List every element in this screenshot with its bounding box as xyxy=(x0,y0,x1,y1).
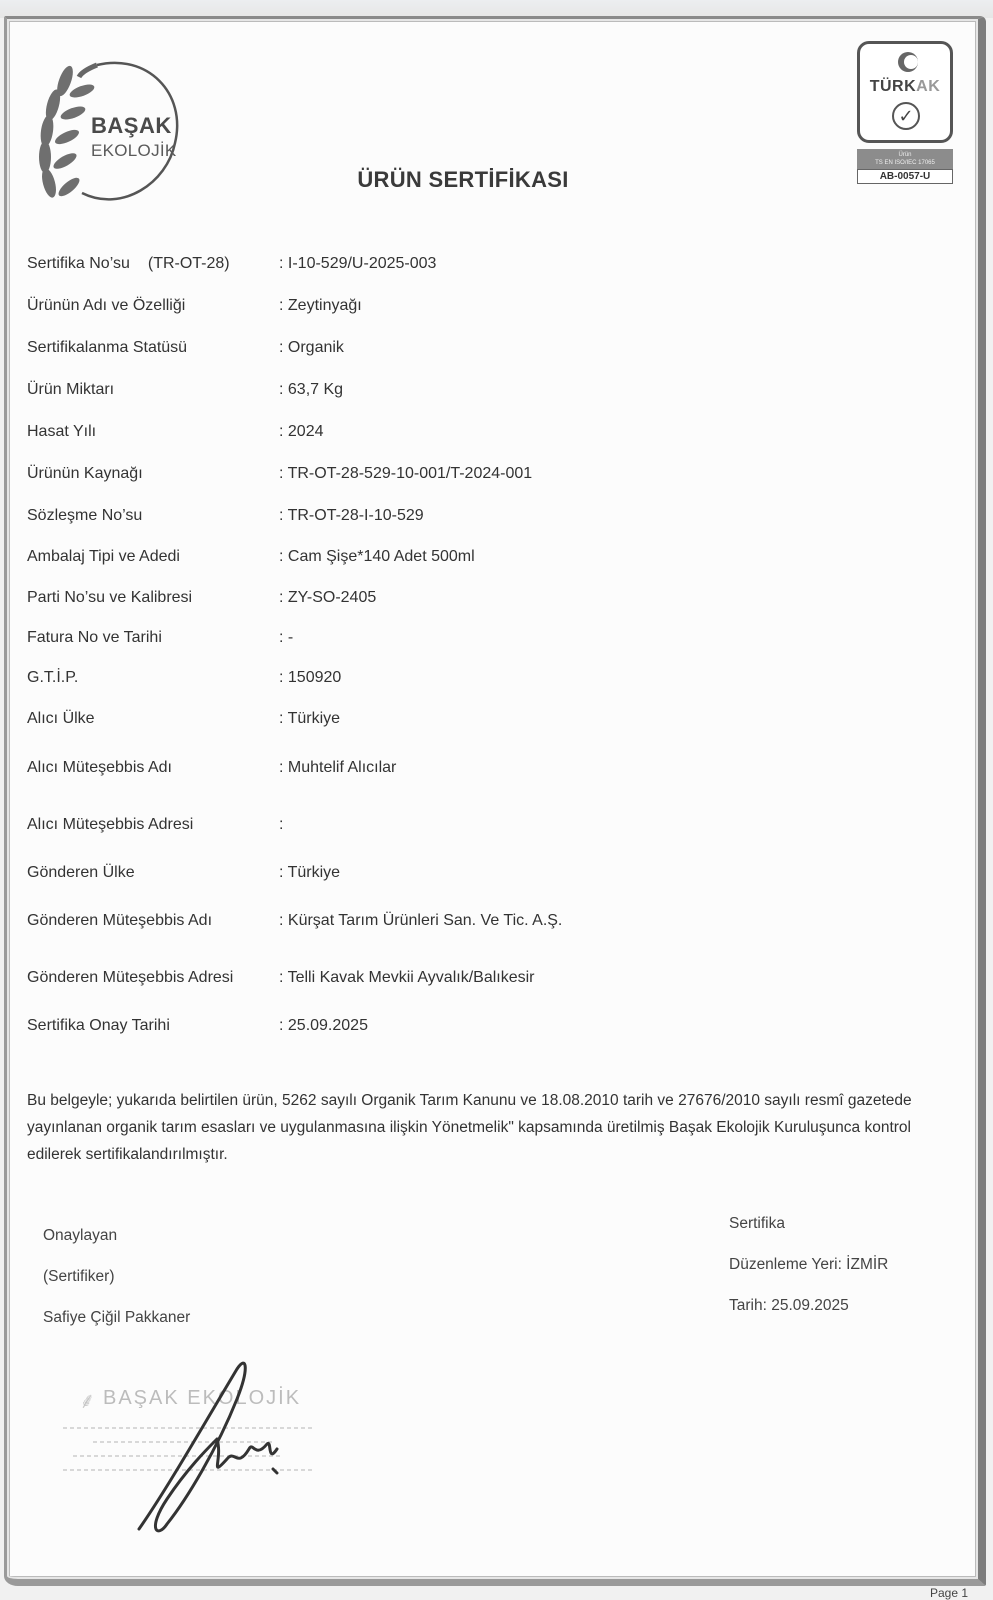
issue-heading: Sertifika xyxy=(729,1215,888,1256)
approver-block: Onaylayan (Sertifiker) Safiye Çiğil Pakk… xyxy=(43,1227,190,1350)
field-value: : Türkiye xyxy=(279,710,340,728)
field-value: : TR-OT-28-529-10-001/T-2024-001 xyxy=(279,465,532,483)
field-value: : Türkiye xyxy=(279,864,340,882)
field-label: Sertifika Onay Tarihi xyxy=(27,1017,170,1035)
field-value: : 63,7 Kg xyxy=(279,381,343,399)
turkak-name-dark: TÜRK xyxy=(870,78,916,95)
field-value: : TR-OT-28-I-10-529 xyxy=(279,507,424,525)
field-value: : 2024 xyxy=(279,423,323,441)
field-label: Ürün Miktarı xyxy=(27,381,114,399)
turkak-accreditation-badge: TÜRKAK ✓ Ürün TS EN ISO/IEC 17065 AB-005… xyxy=(857,41,955,184)
logo-brand: BAŞAK xyxy=(91,113,172,139)
field-label: Alıcı Müteşebbis Adresi xyxy=(27,816,193,834)
field-label: Gönderen Ülke xyxy=(27,864,135,882)
field-value: : 25.09.2025 xyxy=(279,1017,368,1035)
field-value: : Telli Kavak Mevkii Ayvalık/Balıkesir xyxy=(279,969,535,987)
field-value: : I-10-529/U-2025-003 xyxy=(279,255,436,273)
field-label: Sertifika No’su(TR-OT-28) xyxy=(27,255,230,273)
turkak-standard-band: Ürün TS EN ISO/IEC 17065 xyxy=(857,149,953,169)
field-value: : Muhtelif Alıcılar xyxy=(279,759,396,777)
field-label: Ambalaj Tipi ve Adedi xyxy=(27,548,180,566)
document-title: ÜRÜN SERTİFİKASI xyxy=(7,167,989,193)
field-label: G.T.İ.P. xyxy=(27,669,78,687)
field-label: Parti No’su ve Kalibresi xyxy=(27,589,192,607)
field-label: Ürünün Kaynağı xyxy=(27,465,143,483)
certification-statement: Bu belgeyle; yukarıda belirtilen ürün, 5… xyxy=(27,1087,927,1168)
crescent-icon xyxy=(898,52,918,72)
field-code: (TR-OT-28) xyxy=(148,255,230,272)
certificate-page: BAŞAK EKOLOJİK TÜRKAK ✓ Ürün TS EN ISO/I… xyxy=(4,16,986,1586)
field-label: Fatura No ve Tarihi xyxy=(27,629,162,647)
field-label: Gönderen Müteşebbis Adı xyxy=(27,912,212,930)
footer-page-number: Page 1 xyxy=(930,1586,968,1600)
approver-role: (Sertifiker) xyxy=(43,1268,190,1309)
issue-date: Tarih: 25.09.2025 xyxy=(729,1297,888,1338)
issue-block: Sertifika Düzenleme Yeri: İZMİR Tarih: 2… xyxy=(729,1215,888,1338)
field-label: Alıcı Ülke xyxy=(27,710,95,728)
approver-title: Onaylayan xyxy=(43,1227,190,1268)
field-label: Hasat Yılı xyxy=(27,423,96,441)
field-label: Gönderen Müteşebbis Adresi xyxy=(27,969,233,987)
field-value: : - xyxy=(279,629,293,647)
signature xyxy=(127,1349,327,1549)
field-value: : Zeytinyağı xyxy=(279,297,362,315)
issue-place: Düzenleme Yeri: İZMİR xyxy=(729,1256,888,1297)
field-value: : Cam Şişe*140 Adet 500ml xyxy=(279,548,475,566)
field-value: : xyxy=(279,816,283,834)
field-label: Sertifikalanma Statüsü xyxy=(27,339,187,357)
logo-subtitle: EKOLOJİK xyxy=(91,141,177,161)
field-label: Sözleşme No’su xyxy=(27,507,142,525)
turkak-name: TÜRKAK xyxy=(860,78,950,96)
field-value: : Kürşat Tarım Ürünleri San. Ve Tic. A.Ş… xyxy=(279,912,562,930)
field-value: : 150920 xyxy=(279,669,341,687)
wheat-icon: ⸙ xyxy=(79,1385,96,1415)
approver-name: Safiye Çiğil Pakkaner xyxy=(43,1309,190,1350)
turkak-band-line2: TS EN ISO/IEC 17065 xyxy=(857,159,953,167)
turkak-name-light: AK xyxy=(916,78,940,95)
check-circle-icon: ✓ xyxy=(892,102,920,130)
field-label: Alıcı Müteşebbis Adı xyxy=(27,759,172,777)
field-value: : Organik xyxy=(279,339,344,357)
field-label: Ürünün Adı ve Özelliği xyxy=(27,297,185,315)
turkak-band-line1: Ürün xyxy=(857,151,953,159)
field-value: : ZY-SO-2405 xyxy=(279,589,376,607)
